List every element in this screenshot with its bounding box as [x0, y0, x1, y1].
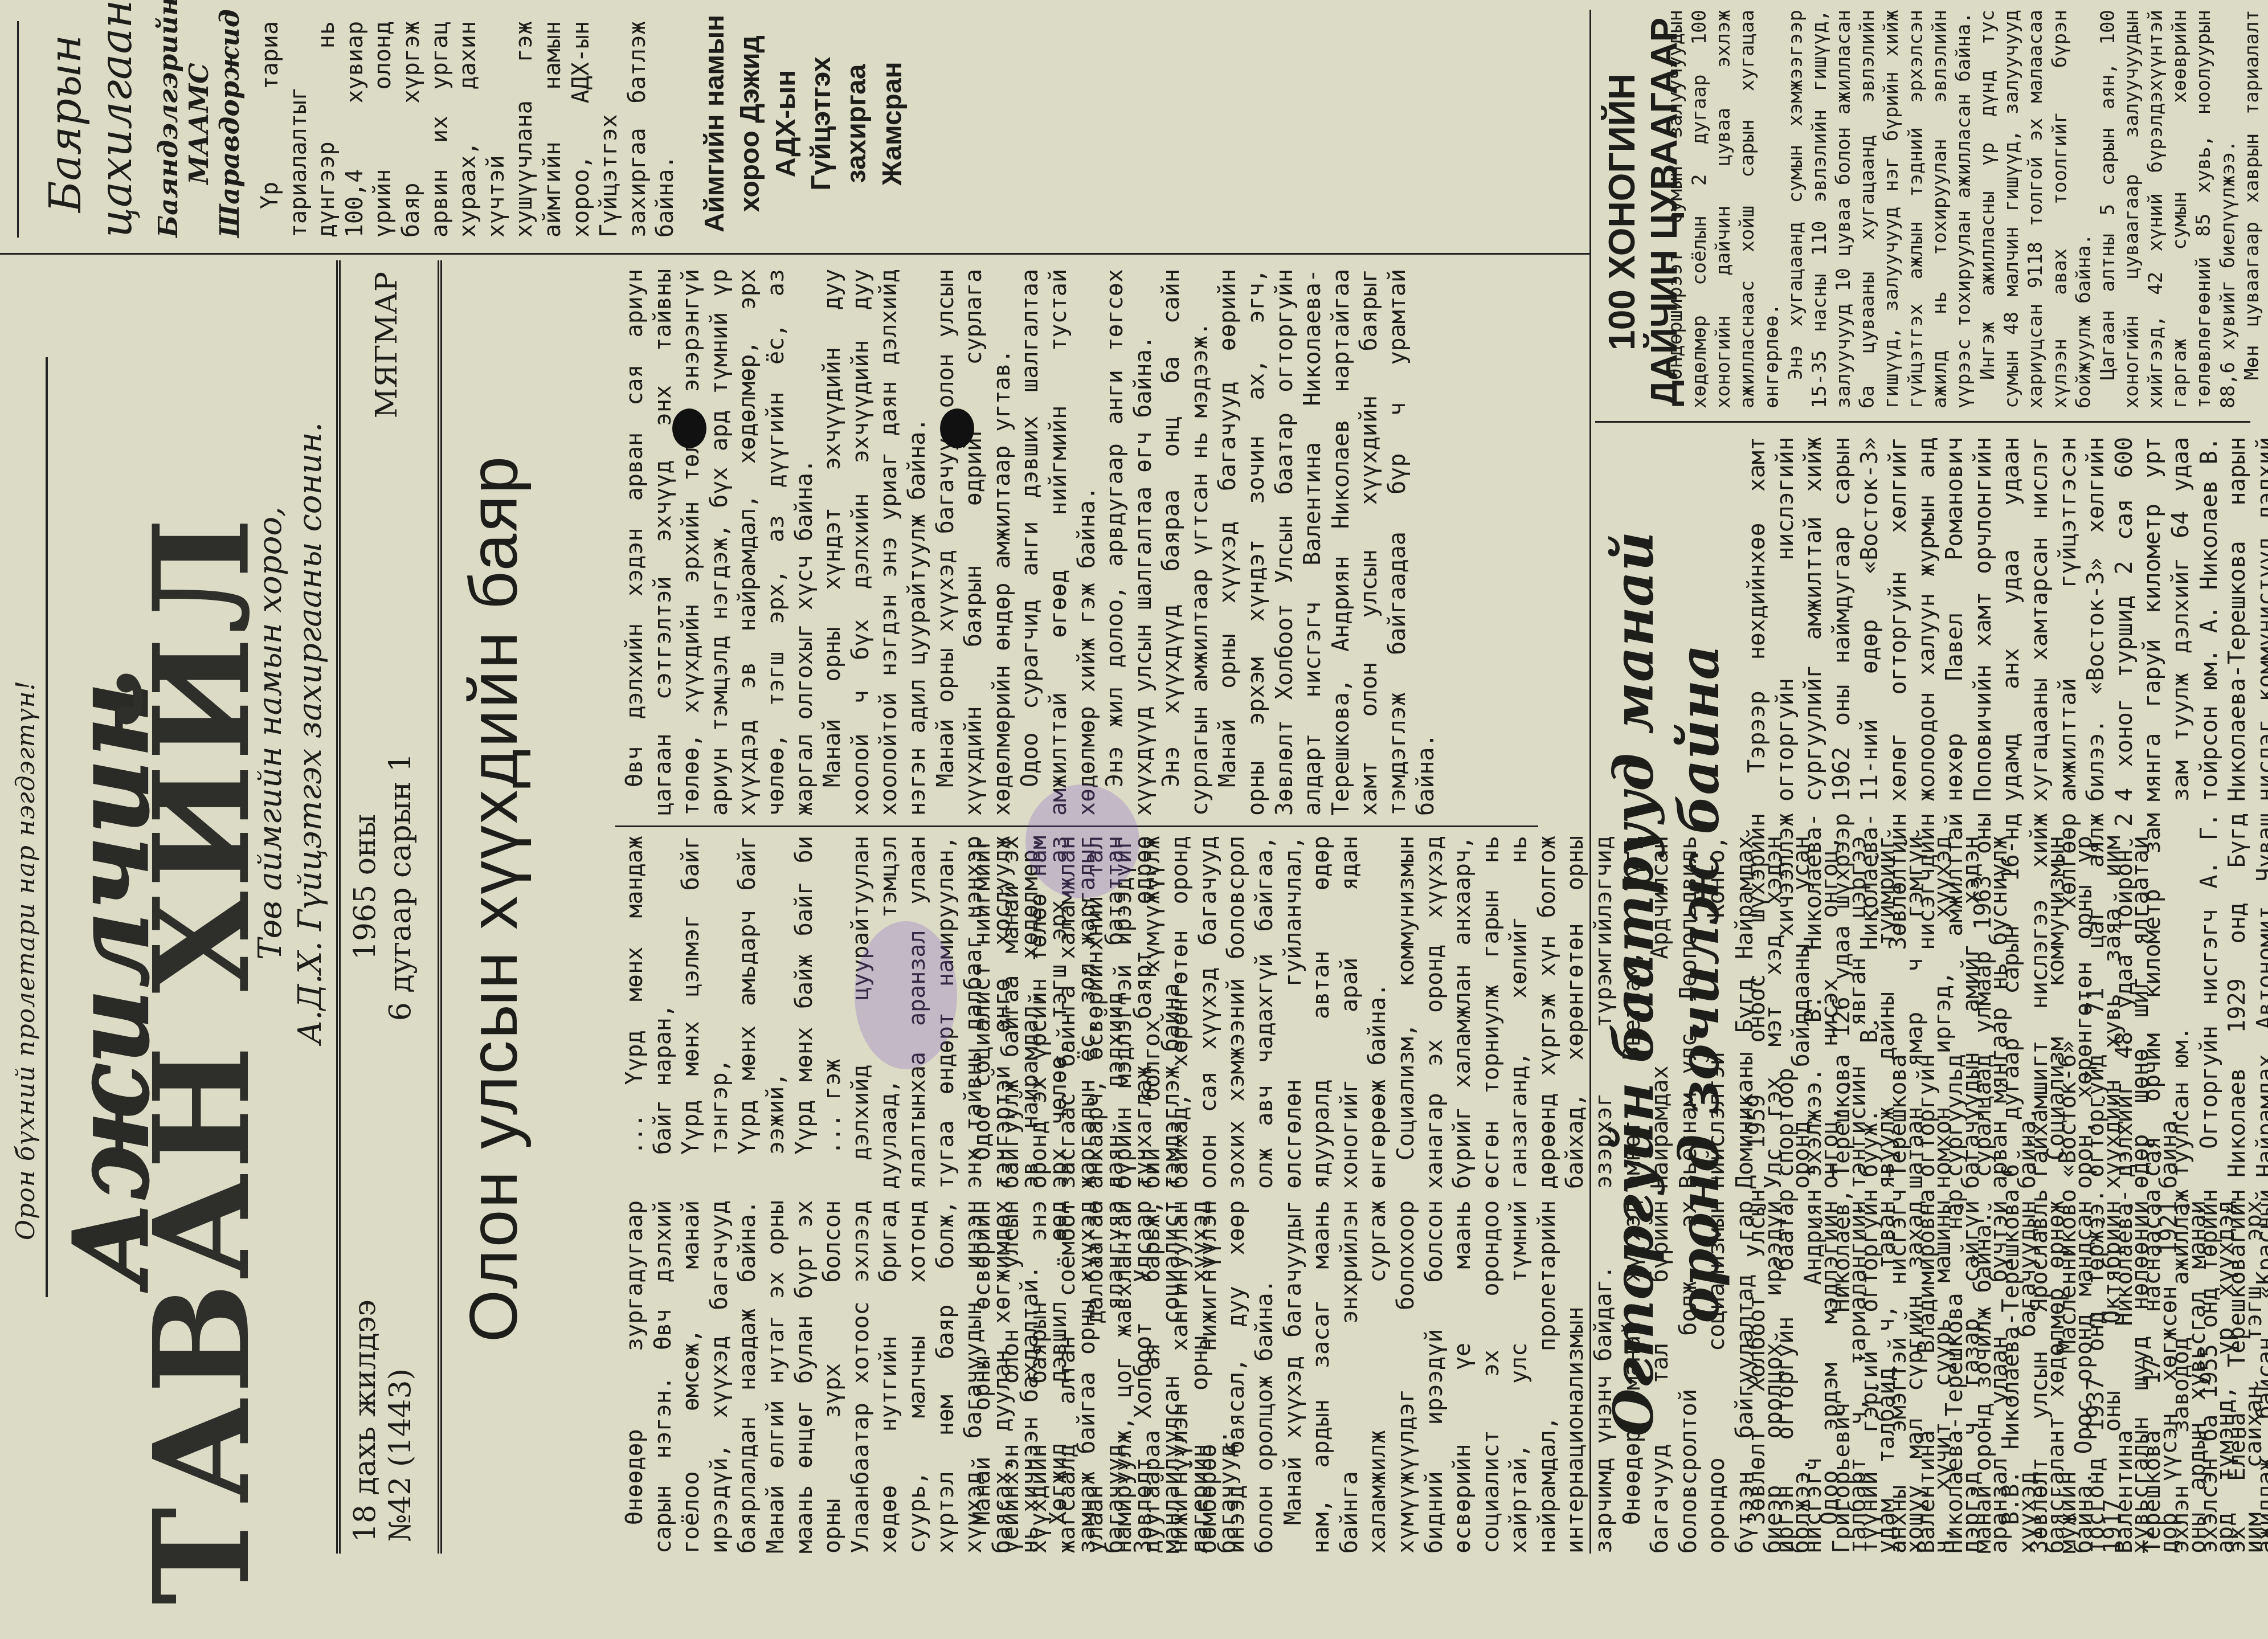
issue-date: 1965 оны 6 дугаар сарын 1 — [348, 688, 419, 1086]
slogan-rule — [46, 357, 48, 1297]
lead-paragraph: Энэ жил долоо, арвдугаар анги төгсөх хүү… — [1101, 269, 1158, 816]
space-col-1: Зөвлөлт Холбоот Улсын иргэн огторгуйн ба… — [1743, 1189, 2268, 1554]
brigade-col: Өндөрширээт сумын залуучуудын хөдөлмөр с… — [1664, 10, 2268, 408]
masthead: Ажилчин ТАВАН ХИЙЛ — [51, 238, 245, 1605]
brigade-paragraph: Мөн цуваагаар хаврын тариалалт дээр залу… — [2240, 10, 2268, 408]
lead-paragraph: Манай орны хүүхэд багачууд олон улсын хү… — [932, 269, 1017, 816]
issue-weekday: МЯГМАР — [369, 272, 404, 418]
publisher-line-1: Төв аймгийн намын хороо, — [251, 192, 291, 1274]
space-headline: Огторгуйн баатрууд манай оронд зочилж ба… — [1601, 414, 1732, 1554]
space-headline-line-2: оронд зочилж байна — [1666, 414, 1732, 1554]
slogan: Орон бүхний пролетари нар нэгдэгтүн! — [11, 386, 40, 1240]
space-headline-line-1: Огторгуйн баатрууд манай — [1601, 414, 1666, 1554]
space-paragraph: Огторгуйн нисгэгч А. Г. Николаев 1929 он… — [2196, 813, 2268, 1178]
newspaper-page: Орон бүхний пролетари нар нэгдэгтүн! Ажи… — [0, 0, 2268, 1639]
lead-poem-line: ... Үүрд мөнх мандаж байг наран, — [621, 836, 677, 1189]
publisher-line: Төв аймгийн намын хороо, А.Д.Х. Гүйцэтгэ… — [251, 192, 330, 1274]
lead-paragraph: Манай хүүхэд багачуудыг нам, ардын засаг… — [1280, 1200, 1619, 1554]
announcement-signatory: АДХ-ын Гүйцэтгэх захиргаа Жамсран — [769, 10, 911, 238]
column-rule — [1595, 421, 2250, 423]
brigade-paragraph: Өндөрширээт сумын залуучуудын хөдөлмөр с… — [1664, 10, 1784, 408]
announcement-box: Баярын цахилгаан Баяндэлгэрийн МААМС Шар… — [17, 10, 910, 238]
announcement-title: Баярын цахилгаан — [40, 10, 141, 238]
lead-poem-line: Үүрд мөнх амьдарч байг ээжий, — [734, 836, 790, 1189]
lead-poem-line: Үүрд мөнх цэлмэг байг тэнгэр, — [677, 836, 734, 1189]
column-rule — [0, 253, 1589, 255]
lead-paragraph: Одоо сурагчид анги дэвших шалгалтаа амжи… — [1016, 269, 1101, 816]
lead-paragraph: Өвч дэлхийн хэдэн арван сая ариун цагаан… — [621, 269, 819, 816]
section-rule — [1589, 10, 1591, 1554]
ink-stain — [1025, 784, 1139, 898]
masthead-block-title: ТАВАН ХИЙЛ — [137, 514, 268, 1605]
binding-hole — [672, 408, 706, 448]
lead-paragraph: Одоо социалист нийгмийг байгуулж байгаа … — [969, 836, 1392, 1189]
issue-year: 1965 оны — [348, 688, 383, 1086]
announcement-rule — [17, 21, 19, 238]
space-paragraph: 1959 оноос шүхэрийн спортоор хичээллэж э… — [1743, 813, 2196, 1178]
publisher-line-2: А.Д.Х. Гүйцэтгэх захиргааны сонин. — [291, 192, 330, 1274]
lead-poem-line: Үүрд мөнх байж байг би ... гэж — [791, 836, 847, 1189]
lead-paragraph: Энэ хүүхдүүд баяраа онц ба сайн сурлагын… — [1158, 269, 1214, 816]
announcement-body: Үр тариа тариалалтыг дүнгээр нь 100,4 ху… — [256, 21, 680, 238]
space-col-3: Тэрээр нөхдийнхөө хамт огторгуйн нислэги… — [1743, 437, 2268, 802]
space-paragraph: В.В. Николаева-Терешкова Зөвлөлт улсын Я… — [1997, 1189, 2268, 1554]
issue-bar: 18 дахь жилдээ №42 (1443) 1965 оны 6 дуг… — [336, 260, 442, 1554]
lead-headline: Олон улсын хүүхдийн баяр — [456, 243, 533, 1554]
lead-paragraph: Манай орны хүүхэд багачууд өөрийн орны э… — [1214, 269, 1440, 816]
announcement-text: Үр тариа тариалалтыг дүнгээр нь 100,4 ху… — [256, 21, 680, 238]
brigade-paragraph: Цагаан алтны 5 сарын аян, 100 хоногийн ц… — [2096, 10, 2240, 408]
lead-paragraph: Манай орны өсвөрийн үеийнхэн олон улсын … — [969, 1200, 1280, 1554]
space-paragraph: Тэрээр нөхдийнхөө хамт огторгуйн нислэги… — [1743, 437, 2268, 802]
issue-number: №42 (1443) — [383, 1299, 418, 1542]
brigade-paragraph: Энэ хугацаанд сумын хэмжээгээр 15-35 нас… — [1784, 10, 1976, 408]
announcement-addressee: Баяндэлгэрийн МААМС Шаравдоржид — [153, 10, 245, 238]
space-paragraph: Зөвлөлт Холбоот Улсын иргэн огторгуйн ба… — [1743, 1189, 1997, 1554]
issue-left: 18 дахь жилдээ №42 (1443) — [348, 1299, 419, 1542]
brigade-paragraph: Ингэж ажилласны үр дүнд тус сумын 48 мал… — [1976, 10, 2096, 408]
lead-paragraph: Манай орны хүндэт эхчүүдийн дуу хоолой ч… — [819, 269, 931, 816]
space-col-2: 1959 оноос шүхэрийн спортоор хичээллэж э… — [1743, 813, 2268, 1178]
announcement-signatory: Аймгийн намын хороо Дэжид — [697, 10, 769, 238]
issue-day: 6 дугаар сарын 1 — [383, 688, 418, 1086]
ink-stain — [855, 921, 957, 1069]
year-label: 18 дахь жилдээ — [348, 1299, 383, 1542]
binding-hole — [940, 408, 974, 448]
lead-col-5: Өвч дэлхийн хэдэн арван сая ариун цагаан… — [621, 269, 1440, 816]
scan-viewport: Орон бүхний пролетари нар нэгдэгтүн! Ажи… — [0, 0, 2268, 1639]
